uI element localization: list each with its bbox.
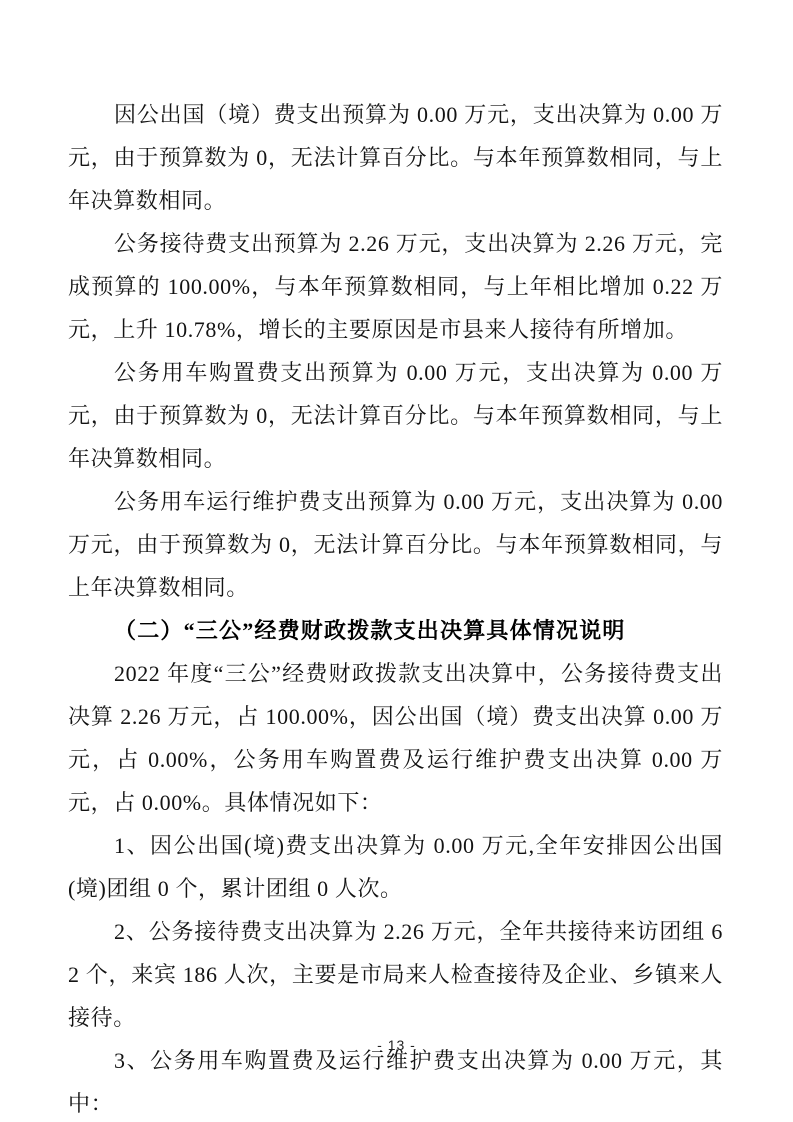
paragraph-item-2-reception: 2、公务接待费支出决算为 2.26 万元，全年共接待来访团组 62 个，来宾 1… bbox=[68, 910, 723, 1039]
paragraph-item-1-abroad: 1、因公出国(境)费支出决算为 0.00 万元,全年安排因公出国(境)团组 0 … bbox=[68, 824, 723, 910]
section-heading: （二）“三公”经费财政拨款支出决算具体情况说明 bbox=[68, 609, 723, 652]
paragraph-vehicle-purchase-expense: 公务用车购置费支出预算为 0.00 万元，支出决算为 0.00 万元，由于预算数… bbox=[68, 351, 723, 480]
paragraph-vehicle-maintenance-expense: 公务用车运行维护费支出预算为 0.00 万元，支出决算为 0.00 万元，由于预… bbox=[68, 480, 723, 609]
page-number: - 13 - bbox=[0, 1037, 793, 1053]
paragraph-abroad-expense: 因公出国（境）费支出预算为 0.00 万元，支出决算为 0.00 万元，由于预算… bbox=[68, 93, 723, 222]
document-page: 因公出国（境）费支出预算为 0.00 万元，支出决算为 0.00 万元，由于预算… bbox=[0, 0, 793, 1122]
paragraph-annual-summary: 2022 年度“三公”经费财政拨款支出决算中，公务接待费支出决算 2.26 万元… bbox=[68, 652, 723, 824]
paragraph-reception-expense: 公务接待费支出预算为 2.26 万元，支出决算为 2.26 万元，完成预算的 1… bbox=[68, 222, 723, 351]
